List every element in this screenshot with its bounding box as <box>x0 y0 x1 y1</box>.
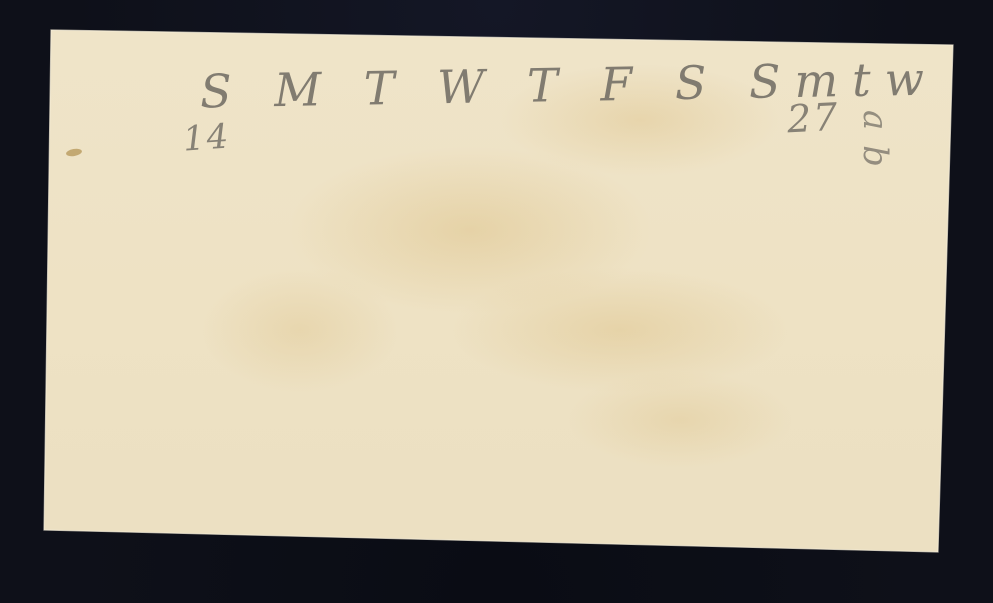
card-back: S M T W T F S Smtw 14 27 a b <box>0 0 993 603</box>
handwritten-number-27: 27 <box>786 95 841 142</box>
handwritten-number-14: 14 <box>182 116 232 159</box>
handwritten-margin-note: a b <box>855 110 895 169</box>
stain-spot <box>66 148 83 158</box>
